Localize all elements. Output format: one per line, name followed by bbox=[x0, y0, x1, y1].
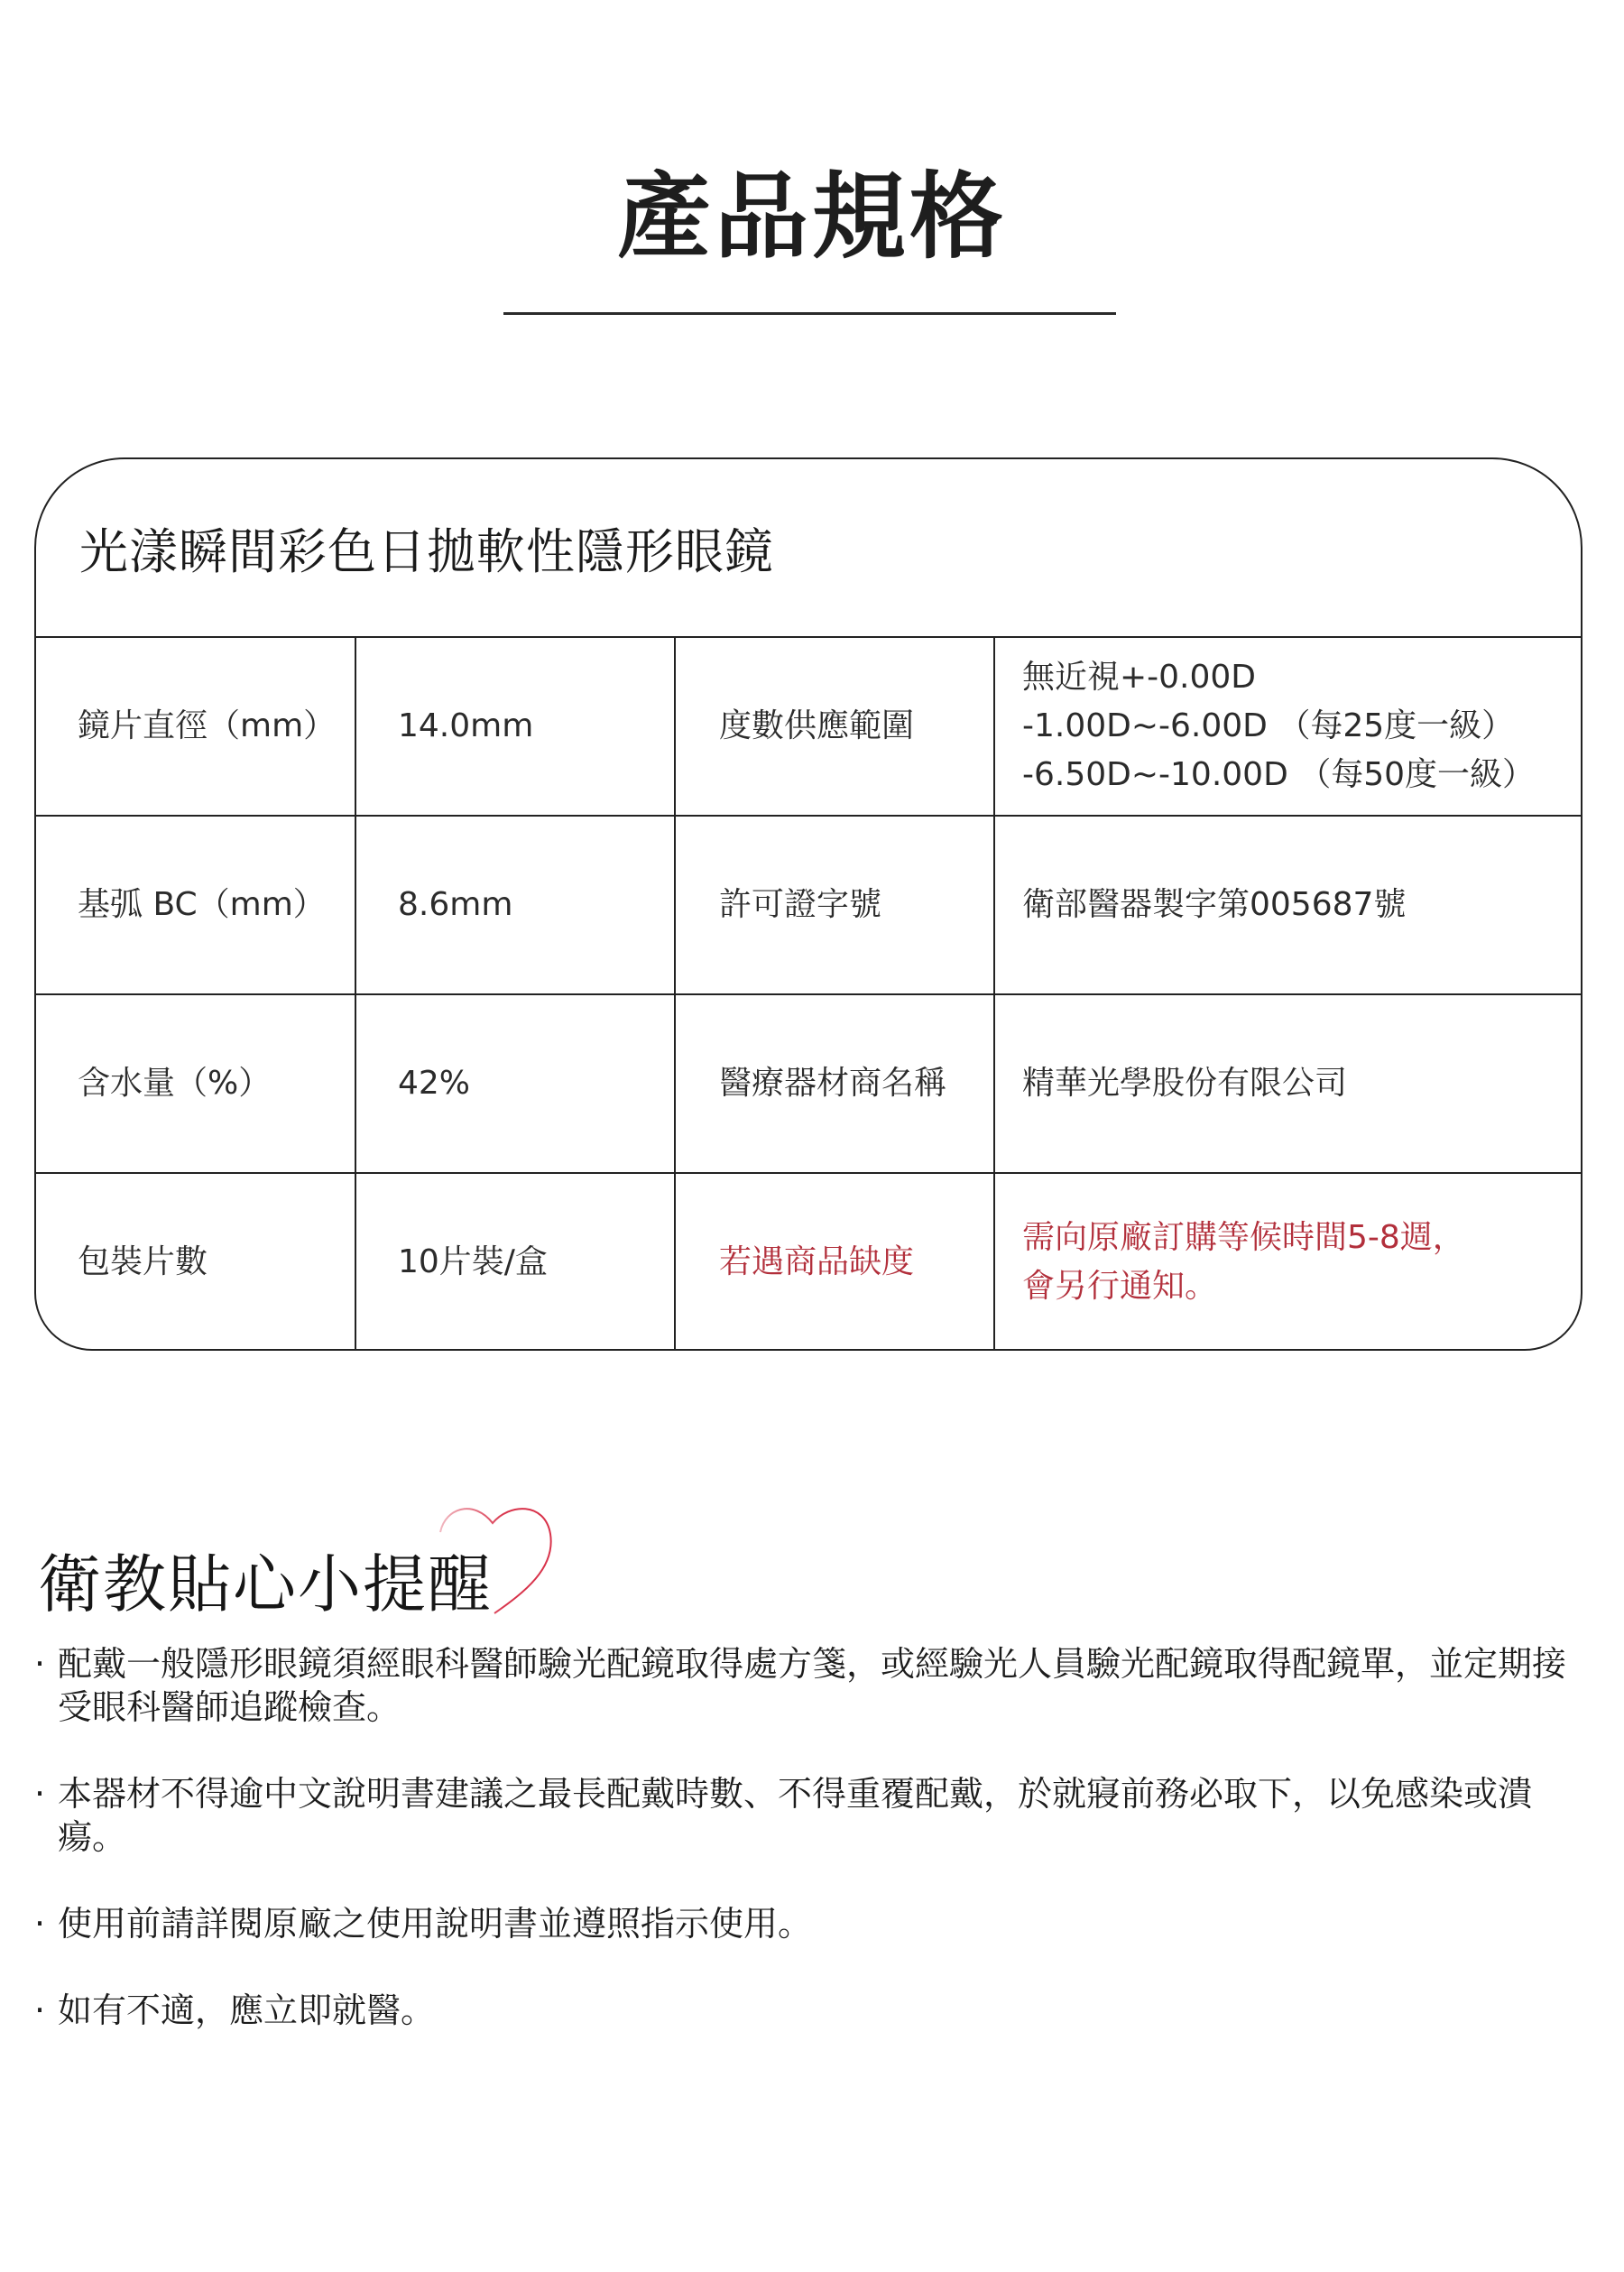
list-item: · 本器材不得逾中文說明書建議之最長配戴時數、不得重覆配戴，於就寢前務必取下，以… bbox=[34, 1772, 1586, 1859]
reminders-heading: 衛教貼心小提醒 bbox=[38, 1534, 493, 1625]
spec-label: 基弧 BC（mm） bbox=[36, 817, 356, 993]
spec-value: 8.6mm bbox=[356, 817, 676, 993]
reminder-list: · 配戴一般隱形眼鏡須經眼科醫師驗光配鏡取得處方箋，或經驗光人員驗光配鏡取得配鏡… bbox=[34, 1642, 1586, 2075]
list-item: · 配戴一般隱形眼鏡須經眼科醫師驗光配鏡取得處方箋，或經驗光人員驗光配鏡取得配鏡… bbox=[34, 1642, 1586, 1729]
list-item: · 如有不適，應立即就醫。 bbox=[34, 1989, 1586, 2032]
spec-label: 度數供應範圍 bbox=[676, 638, 995, 815]
spec-label: 包裝片數 bbox=[36, 1174, 356, 1351]
bullet: · bbox=[34, 1989, 45, 2032]
title-divider bbox=[503, 312, 1116, 315]
spec-table: 光漾瞬間彩色日拋軟性隱形眼鏡 鏡片直徑（mm） 14.0mm 度數供應範圍 無近… bbox=[34, 457, 1582, 1351]
table-row: 含水量（%） 42% 醫療器材商名稱 精華光學股份有限公司 bbox=[36, 995, 1581, 1174]
spec-value: 42% bbox=[356, 995, 676, 1172]
reminder-text: 本器材不得逾中文說明書建議之最長配戴時數、不得重覆配戴，於就寢前務必取下，以免感… bbox=[58, 1774, 1532, 1857]
spec-value-line: 會另行通知。 bbox=[1022, 1262, 1217, 1311]
spec-value-line: 精華光學股份有限公司 bbox=[1022, 1059, 1347, 1108]
heart-icon bbox=[438, 1498, 565, 1615]
spec-value-line: 無近視+-0.00D bbox=[1022, 653, 1256, 702]
spec-value-line: -1.00D~-6.00D （每25度一級） bbox=[1022, 702, 1514, 751]
spec-value: 精華光學股份有限公司 bbox=[995, 995, 1581, 1172]
spec-value-line: -6.50D~-10.00D （每50度一級） bbox=[1022, 751, 1535, 799]
out-of-stock-note: 需向原廠訂購等候時間5-8週， 會另行通知。 bbox=[995, 1174, 1581, 1351]
spec-label: 許可證字號 bbox=[676, 817, 995, 993]
spec-label: 鏡片直徑（mm） bbox=[36, 638, 356, 815]
reminder-text: 配戴一般隱形眼鏡須經眼科醫師驗光配鏡取得處方箋，或經驗光人員驗光配鏡取得配鏡單，… bbox=[58, 1644, 1566, 1727]
table-row: 鏡片直徑（mm） 14.0mm 度數供應範圍 無近視+-0.00D -1.00D… bbox=[36, 638, 1581, 817]
table-row: 包裝片數 10片裝/盒 若遇商品缺度 需向原廠訂購等候時間5-8週， 會另行通知… bbox=[36, 1174, 1581, 1351]
reminder-text: 使用前請詳閱原廠之使用說明書並遵照指示使用。 bbox=[58, 1904, 812, 1944]
reminder-text: 如有不適，應立即就醫。 bbox=[58, 1990, 435, 2030]
page-title: 產品規格 bbox=[0, 161, 1624, 272]
list-item: · 使用前請詳閱原廠之使用說明書並遵照指示使用。 bbox=[34, 1902, 1586, 1945]
spec-value: 衛部醫器製字第005687號 bbox=[995, 817, 1581, 993]
bullet: · bbox=[34, 1642, 45, 1686]
spec-label: 醫療器材商名稱 bbox=[676, 995, 995, 1172]
bullet: · bbox=[34, 1772, 45, 1815]
spec-value: 10片裝/盒 bbox=[356, 1174, 676, 1351]
out-of-stock-label: 若遇商品缺度 bbox=[676, 1174, 995, 1351]
spec-value-line: 衛部醫器製字第005687號 bbox=[1022, 881, 1406, 929]
spec-value: 14.0mm bbox=[356, 638, 676, 815]
table-row: 基弧 BC（mm） 8.6mm 許可證字號 衛部醫器製字第005687號 bbox=[36, 817, 1581, 995]
product-name: 光漾瞬間彩色日拋軟性隱形眼鏡 bbox=[36, 459, 1581, 638]
spec-value: 無近視+-0.00D -1.00D~-6.00D （每25度一級） -6.50D… bbox=[995, 638, 1581, 815]
spec-label: 含水量（%） bbox=[36, 995, 356, 1172]
spec-value-line: 需向原廠訂購等候時間5-8週， bbox=[1022, 1214, 1465, 1262]
bullet: · bbox=[34, 1902, 45, 1945]
